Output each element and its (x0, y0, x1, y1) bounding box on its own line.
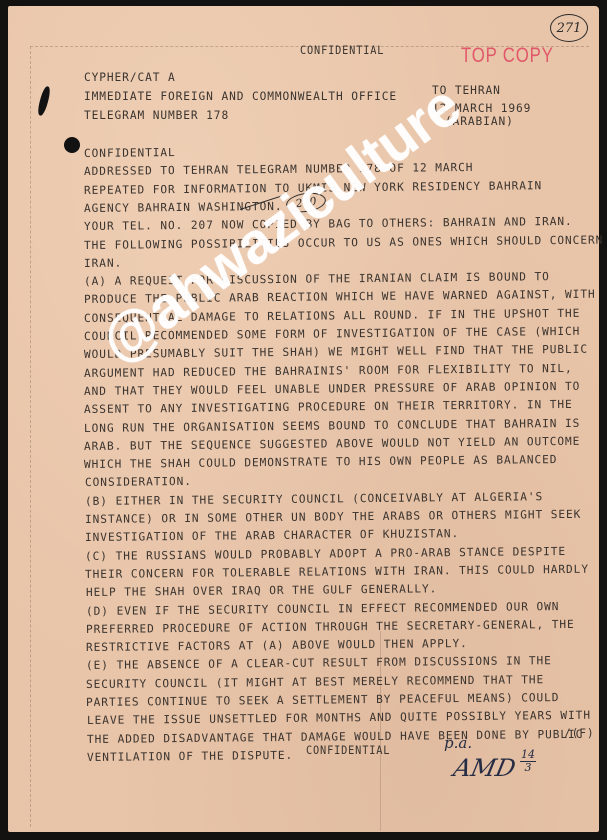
continuation-marker: /(F) (564, 727, 595, 740)
classification-bottom: CONFIDENTIAL (306, 744, 390, 757)
body-line: CONSIDERATION. (85, 475, 192, 489)
page-number-circled: 271 (550, 14, 588, 42)
handwritten-date-day: 14 (520, 749, 536, 761)
classification-top: CONFIDENTIAL (300, 44, 384, 57)
header-telegram-number: TELEGRAM NUMBER 178 (84, 109, 229, 122)
handwritten-date-month: 3 (520, 762, 536, 774)
body-classification: CONFIDENTIAL (84, 146, 176, 160)
handwritten-date: 14 3 (520, 749, 536, 774)
header-cypher: CYPHER/CAT A (84, 71, 176, 84)
page-number: 271 (557, 21, 582, 36)
header-originator: IMMEDIATE FOREIGN AND COMMONWEALTH OFFIC… (84, 90, 397, 103)
handwritten-initials: p.a. (444, 734, 472, 752)
handwritten-signature: AMD (451, 754, 518, 782)
body-line: VENTILATION OF THE DISPUTE. (87, 749, 293, 764)
telegram-page: 271 TOP COPY CONFIDENTIAL CYPHER/CAT A I… (8, 6, 599, 832)
top-copy-stamp: TOP COPY (461, 44, 554, 68)
punch-hole-mark (64, 137, 80, 153)
body-line: IRAN. (84, 256, 122, 269)
